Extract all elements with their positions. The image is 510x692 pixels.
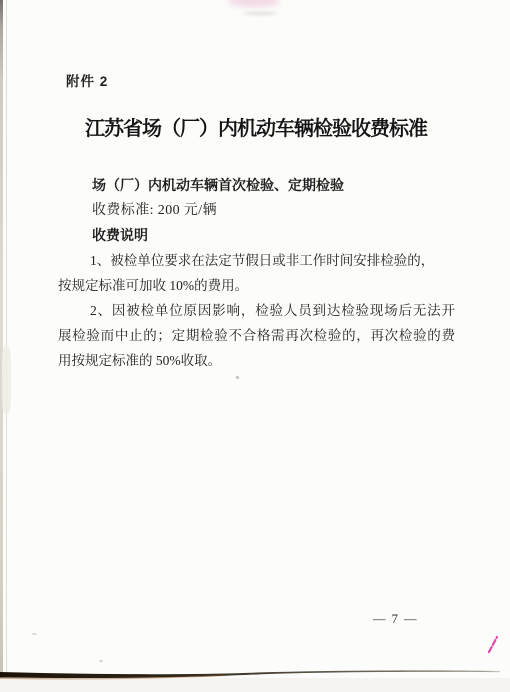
scanned-document-page: 附件 2 江苏省场（厂）内机动车辆检验收费标准 场（厂）内机动车辆首次检验、定期… — [0, 0, 510, 692]
page-bottom-edge-line — [0, 670, 500, 678]
pen-mark — [489, 637, 497, 652]
scan-edge-overlay — [0, 0, 510, 692]
